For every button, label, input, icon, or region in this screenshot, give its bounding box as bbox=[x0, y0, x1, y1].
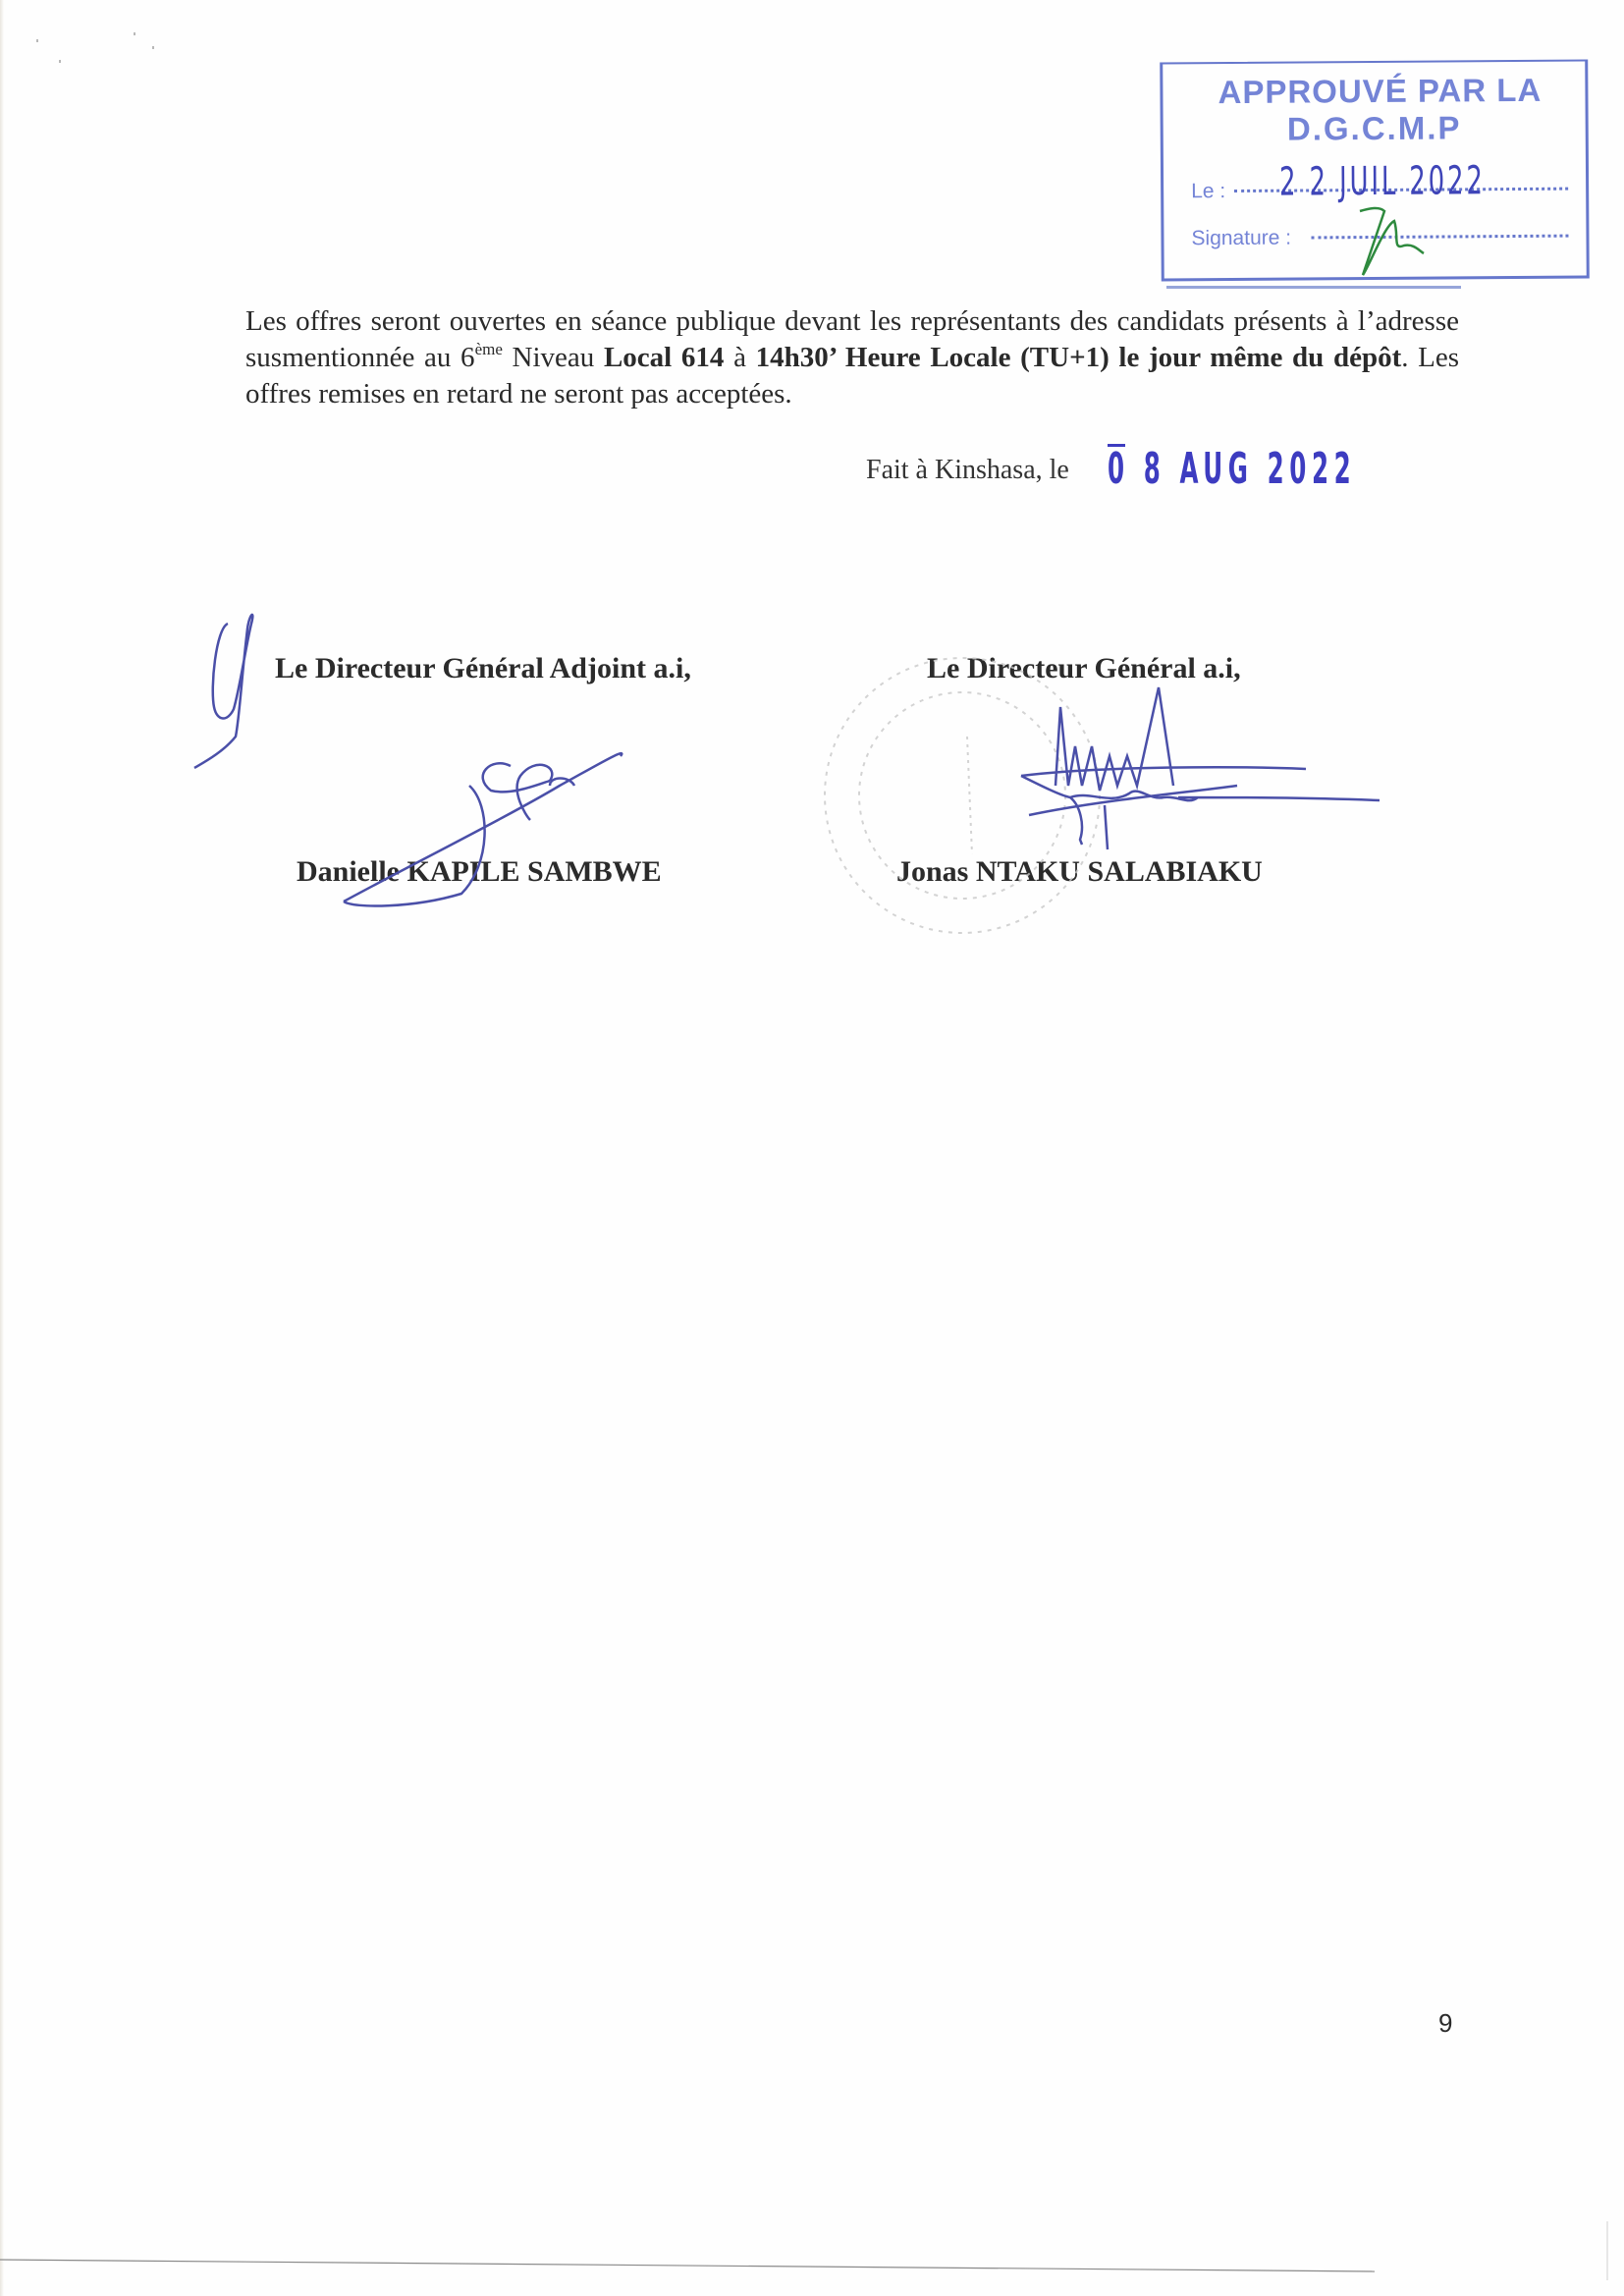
scan-speck bbox=[59, 60, 61, 63]
scan-speck bbox=[36, 39, 38, 42]
director-general-signature-icon bbox=[1021, 687, 1380, 849]
document-page: APPROUVÉ PAR LA D.G.C.M.P Le : 2 2 JUIL … bbox=[0, 0, 1624, 2296]
deputy-director-name: Danielle KAPILE SAMBWE bbox=[297, 855, 662, 889]
paragraph-text: Niveau bbox=[503, 342, 604, 373]
director-general-name: Jonas NTAKU SALABIAKU bbox=[896, 855, 1263, 889]
place-date-label: Fait à Kinshasa, le bbox=[866, 455, 1069, 486]
ordinal-superscript: ème bbox=[475, 340, 503, 358]
scan-bottom-edge bbox=[0, 2260, 1375, 2271]
approval-stamp: APPROUVÉ PAR LA D.G.C.M.P Le : 2 2 JUIL … bbox=[1160, 59, 1590, 281]
opening-time: 14h30’ Heure Locale (TU+1) le jour même … bbox=[756, 342, 1402, 373]
director-general-title: Le Directeur Général a.i, bbox=[927, 652, 1241, 685]
initials-signature-icon bbox=[194, 615, 252, 768]
date-stamp: 0 8 AUG 2022 bbox=[1108, 444, 1356, 494]
stamp-signature-label: Signature : bbox=[1191, 227, 1291, 251]
stamp-border-overlap bbox=[1166, 286, 1461, 289]
room-number: Local 614 bbox=[604, 342, 724, 373]
scan-edge-shadow bbox=[0, 0, 4, 2296]
stamp-heading: APPROUVÉ PAR LA bbox=[1188, 72, 1571, 112]
stamp-date-label: Le : bbox=[1191, 180, 1225, 203]
scan-speck bbox=[152, 46, 154, 49]
scan-speck bbox=[134, 32, 135, 35]
stamp-signature-dotted-line bbox=[1311, 235, 1568, 240]
deputy-director-title: Le Directeur Général Adjoint a.i, bbox=[275, 652, 691, 685]
official-seal-icon bbox=[825, 658, 1100, 933]
stamp-date-value: 2 2 JUIL 2022 bbox=[1279, 158, 1486, 204]
opening-of-bids-paragraph: Les offres seront ouvertes en séance pub… bbox=[245, 303, 1459, 412]
paragraph-text: à bbox=[724, 342, 755, 373]
page-number: 9 bbox=[1438, 2008, 1452, 2039]
stamp-authority: D.G.C.M.P bbox=[1164, 109, 1586, 149]
